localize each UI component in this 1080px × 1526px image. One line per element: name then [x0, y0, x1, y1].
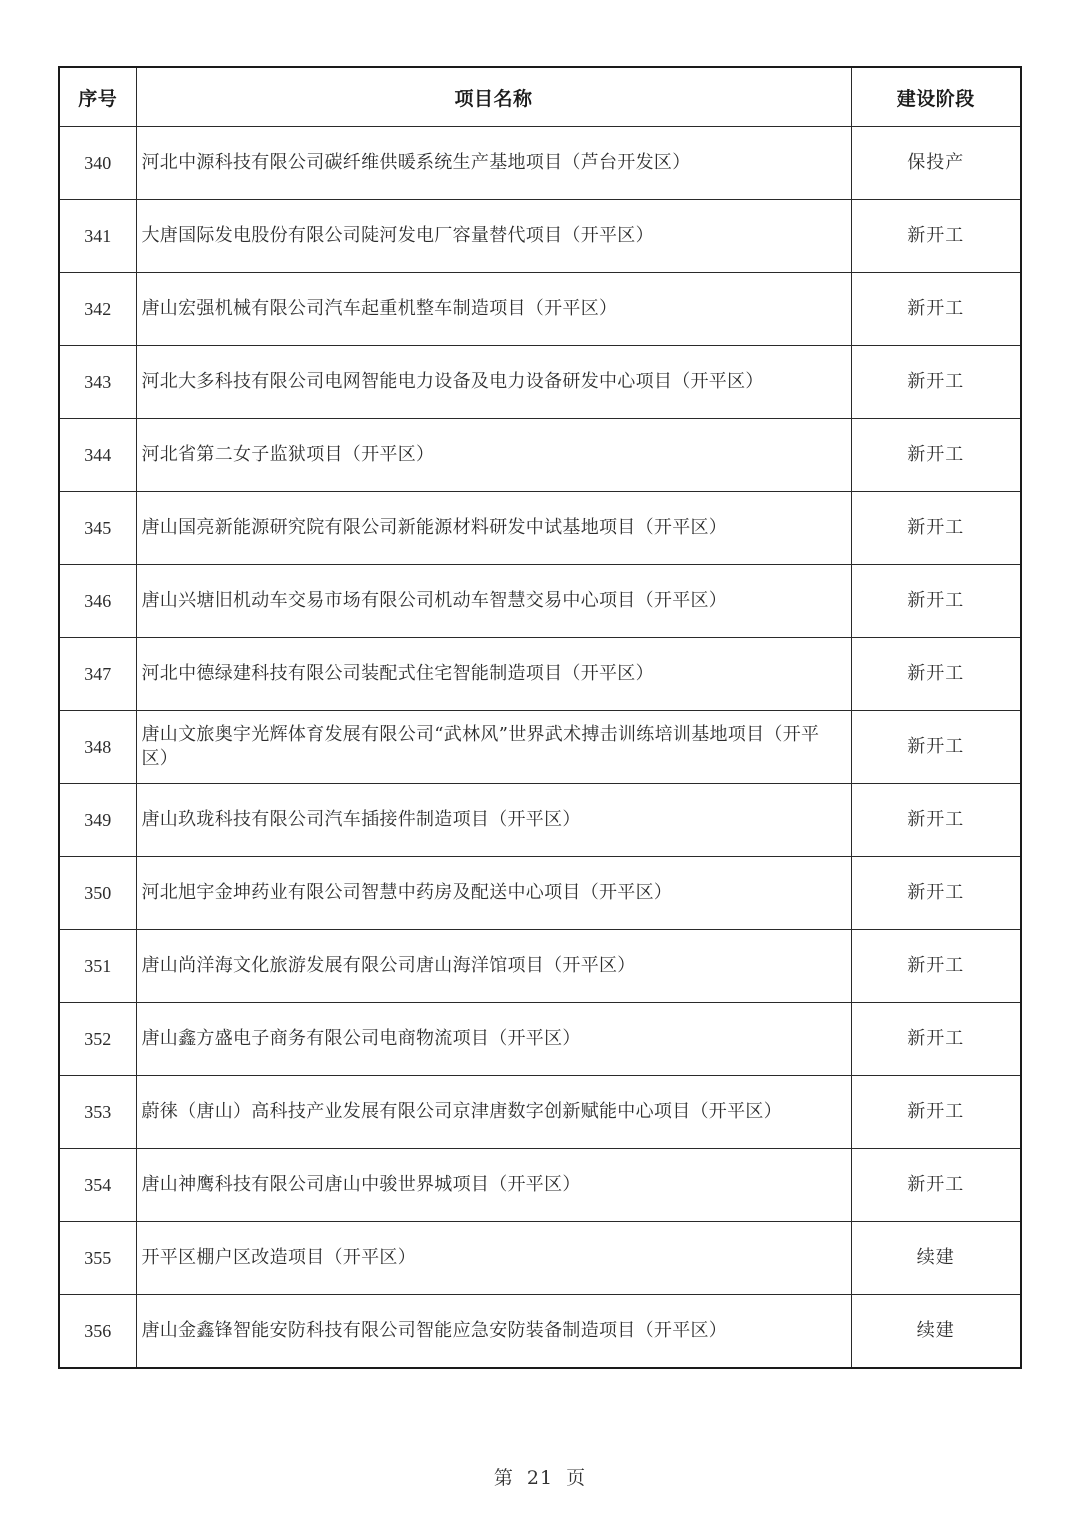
project-name: 河北省第二女子监狱项目（开平区）	[136, 419, 851, 492]
serial-number: 351	[59, 930, 136, 1003]
table-row: 340 河北中源科技有限公司碳纤维供暖系统生产基地项目（芦台开发区） 保投产	[59, 127, 1021, 200]
project-name: 河北旭宇金坤药业有限公司智慧中药房及配送中心项目（开平区）	[136, 857, 851, 930]
page-footer: 第 21 页	[0, 1463, 1080, 1490]
table-row: 356 唐山金鑫锋智能安防科技有限公司智能应急安防装备制造项目（开平区） 续建	[59, 1295, 1021, 1369]
table-row: 349 唐山玖珑科技有限公司汽车插接件制造项目（开平区） 新开工	[59, 784, 1021, 857]
construction-stage: 新开工	[851, 930, 1021, 1003]
table-row: 346 唐山兴塘旧机动车交易市场有限公司机动车智慧交易中心项目（开平区） 新开工	[59, 565, 1021, 638]
table-row: 341 大唐国际发电股份有限公司陡河发电厂容量替代项目（开平区） 新开工	[59, 200, 1021, 273]
serial-number: 352	[59, 1003, 136, 1076]
project-name: 开平区棚户区改造项目（开平区）	[136, 1222, 851, 1295]
table-row: 348 唐山文旅奥宇光辉体育发展有限公司“武林风”世界武术搏击训练培训基地项目（…	[59, 711, 1021, 784]
table-row: 352 唐山鑫方盛电子商务有限公司电商物流项目（开平区） 新开工	[59, 1003, 1021, 1076]
document-page: 序号 项目名称 建设阶段 340 河北中源科技有限公司碳纤维供暖系统生产基地项目…	[0, 0, 1080, 1526]
table-row: 347 河北中德绿建科技有限公司装配式住宅智能制造项目（开平区） 新开工	[59, 638, 1021, 711]
construction-stage: 新开工	[851, 1076, 1021, 1149]
serial-number: 353	[59, 1076, 136, 1149]
serial-number: 346	[59, 565, 136, 638]
construction-stage: 新开工	[851, 200, 1021, 273]
construction-stage: 新开工	[851, 273, 1021, 346]
serial-number: 355	[59, 1222, 136, 1295]
serial-number: 342	[59, 273, 136, 346]
table-row: 355 开平区棚户区改造项目（开平区） 续建	[59, 1222, 1021, 1295]
construction-stage: 新开工	[851, 638, 1021, 711]
construction-stage: 新开工	[851, 1149, 1021, 1222]
project-name: 蔚徕（唐山）高科技产业发展有限公司京津唐数字创新赋能中心项目（开平区）	[136, 1076, 851, 1149]
header-project-name: 项目名称	[136, 67, 851, 127]
construction-stage: 新开工	[851, 1003, 1021, 1076]
project-name: 唐山金鑫锋智能安防科技有限公司智能应急安防装备制造项目（开平区）	[136, 1295, 851, 1369]
construction-stage: 续建	[851, 1295, 1021, 1369]
project-name: 唐山兴塘旧机动车交易市场有限公司机动车智慧交易中心项目（开平区）	[136, 565, 851, 638]
page-label-prefix: 第	[494, 1467, 514, 1489]
serial-number: 341	[59, 200, 136, 273]
serial-number: 345	[59, 492, 136, 565]
serial-number: 344	[59, 419, 136, 492]
table-row: 345 唐山国亮新能源研究院有限公司新能源材料研发中试基地项目（开平区） 新开工	[59, 492, 1021, 565]
page-label-suffix: 页	[566, 1467, 586, 1489]
serial-number: 340	[59, 127, 136, 200]
project-table: 序号 项目名称 建设阶段 340 河北中源科技有限公司碳纤维供暖系统生产基地项目…	[58, 66, 1022, 1369]
construction-stage: 新开工	[851, 857, 1021, 930]
project-name: 河北中源科技有限公司碳纤维供暖系统生产基地项目（芦台开发区）	[136, 127, 851, 200]
project-name: 河北大多科技有限公司电网智能电力设备及电力设备研发中心项目（开平区）	[136, 346, 851, 419]
project-name: 唐山国亮新能源研究院有限公司新能源材料研发中试基地项目（开平区）	[136, 492, 851, 565]
construction-stage: 新开工	[851, 346, 1021, 419]
table-row: 351 唐山尚洋海文化旅游发展有限公司唐山海洋馆项目（开平区） 新开工	[59, 930, 1021, 1003]
project-name: 唐山文旅奥宇光辉体育发展有限公司“武林风”世界武术搏击训练培训基地项目（开平区）	[136, 711, 851, 784]
table-row: 354 唐山神鹰科技有限公司唐山中骏世界城项目（开平区） 新开工	[59, 1149, 1021, 1222]
serial-number: 343	[59, 346, 136, 419]
construction-stage: 保投产	[851, 127, 1021, 200]
serial-number: 356	[59, 1295, 136, 1369]
table-header: 序号 项目名称 建设阶段	[59, 67, 1021, 127]
page-number: 21	[527, 1467, 553, 1489]
construction-stage: 续建	[851, 1222, 1021, 1295]
serial-number: 349	[59, 784, 136, 857]
header-row: 序号 项目名称 建设阶段	[59, 67, 1021, 127]
construction-stage: 新开工	[851, 784, 1021, 857]
serial-number: 354	[59, 1149, 136, 1222]
header-construction-stage: 建设阶段	[851, 67, 1021, 127]
construction-stage: 新开工	[851, 711, 1021, 784]
construction-stage: 新开工	[851, 492, 1021, 565]
table-row: 353 蔚徕（唐山）高科技产业发展有限公司京津唐数字创新赋能中心项目（开平区） …	[59, 1076, 1021, 1149]
table-body: 340 河北中源科技有限公司碳纤维供暖系统生产基地项目（芦台开发区） 保投产 3…	[59, 127, 1021, 1369]
construction-stage: 新开工	[851, 565, 1021, 638]
project-name: 唐山鑫方盛电子商务有限公司电商物流项目（开平区）	[136, 1003, 851, 1076]
table-row: 344 河北省第二女子监狱项目（开平区） 新开工	[59, 419, 1021, 492]
table-row: 343 河北大多科技有限公司电网智能电力设备及电力设备研发中心项目（开平区） 新…	[59, 346, 1021, 419]
table-row: 350 河北旭宇金坤药业有限公司智慧中药房及配送中心项目（开平区） 新开工	[59, 857, 1021, 930]
header-serial-number: 序号	[59, 67, 136, 127]
serial-number: 350	[59, 857, 136, 930]
project-name: 唐山宏强机械有限公司汽车起重机整车制造项目（开平区）	[136, 273, 851, 346]
project-name: 大唐国际发电股份有限公司陡河发电厂容量替代项目（开平区）	[136, 200, 851, 273]
table-row: 342 唐山宏强机械有限公司汽车起重机整车制造项目（开平区） 新开工	[59, 273, 1021, 346]
serial-number: 347	[59, 638, 136, 711]
serial-number: 348	[59, 711, 136, 784]
project-name: 唐山玖珑科技有限公司汽车插接件制造项目（开平区）	[136, 784, 851, 857]
project-name: 唐山尚洋海文化旅游发展有限公司唐山海洋馆项目（开平区）	[136, 930, 851, 1003]
construction-stage: 新开工	[851, 419, 1021, 492]
project-name: 河北中德绿建科技有限公司装配式住宅智能制造项目（开平区）	[136, 638, 851, 711]
project-name: 唐山神鹰科技有限公司唐山中骏世界城项目（开平区）	[136, 1149, 851, 1222]
